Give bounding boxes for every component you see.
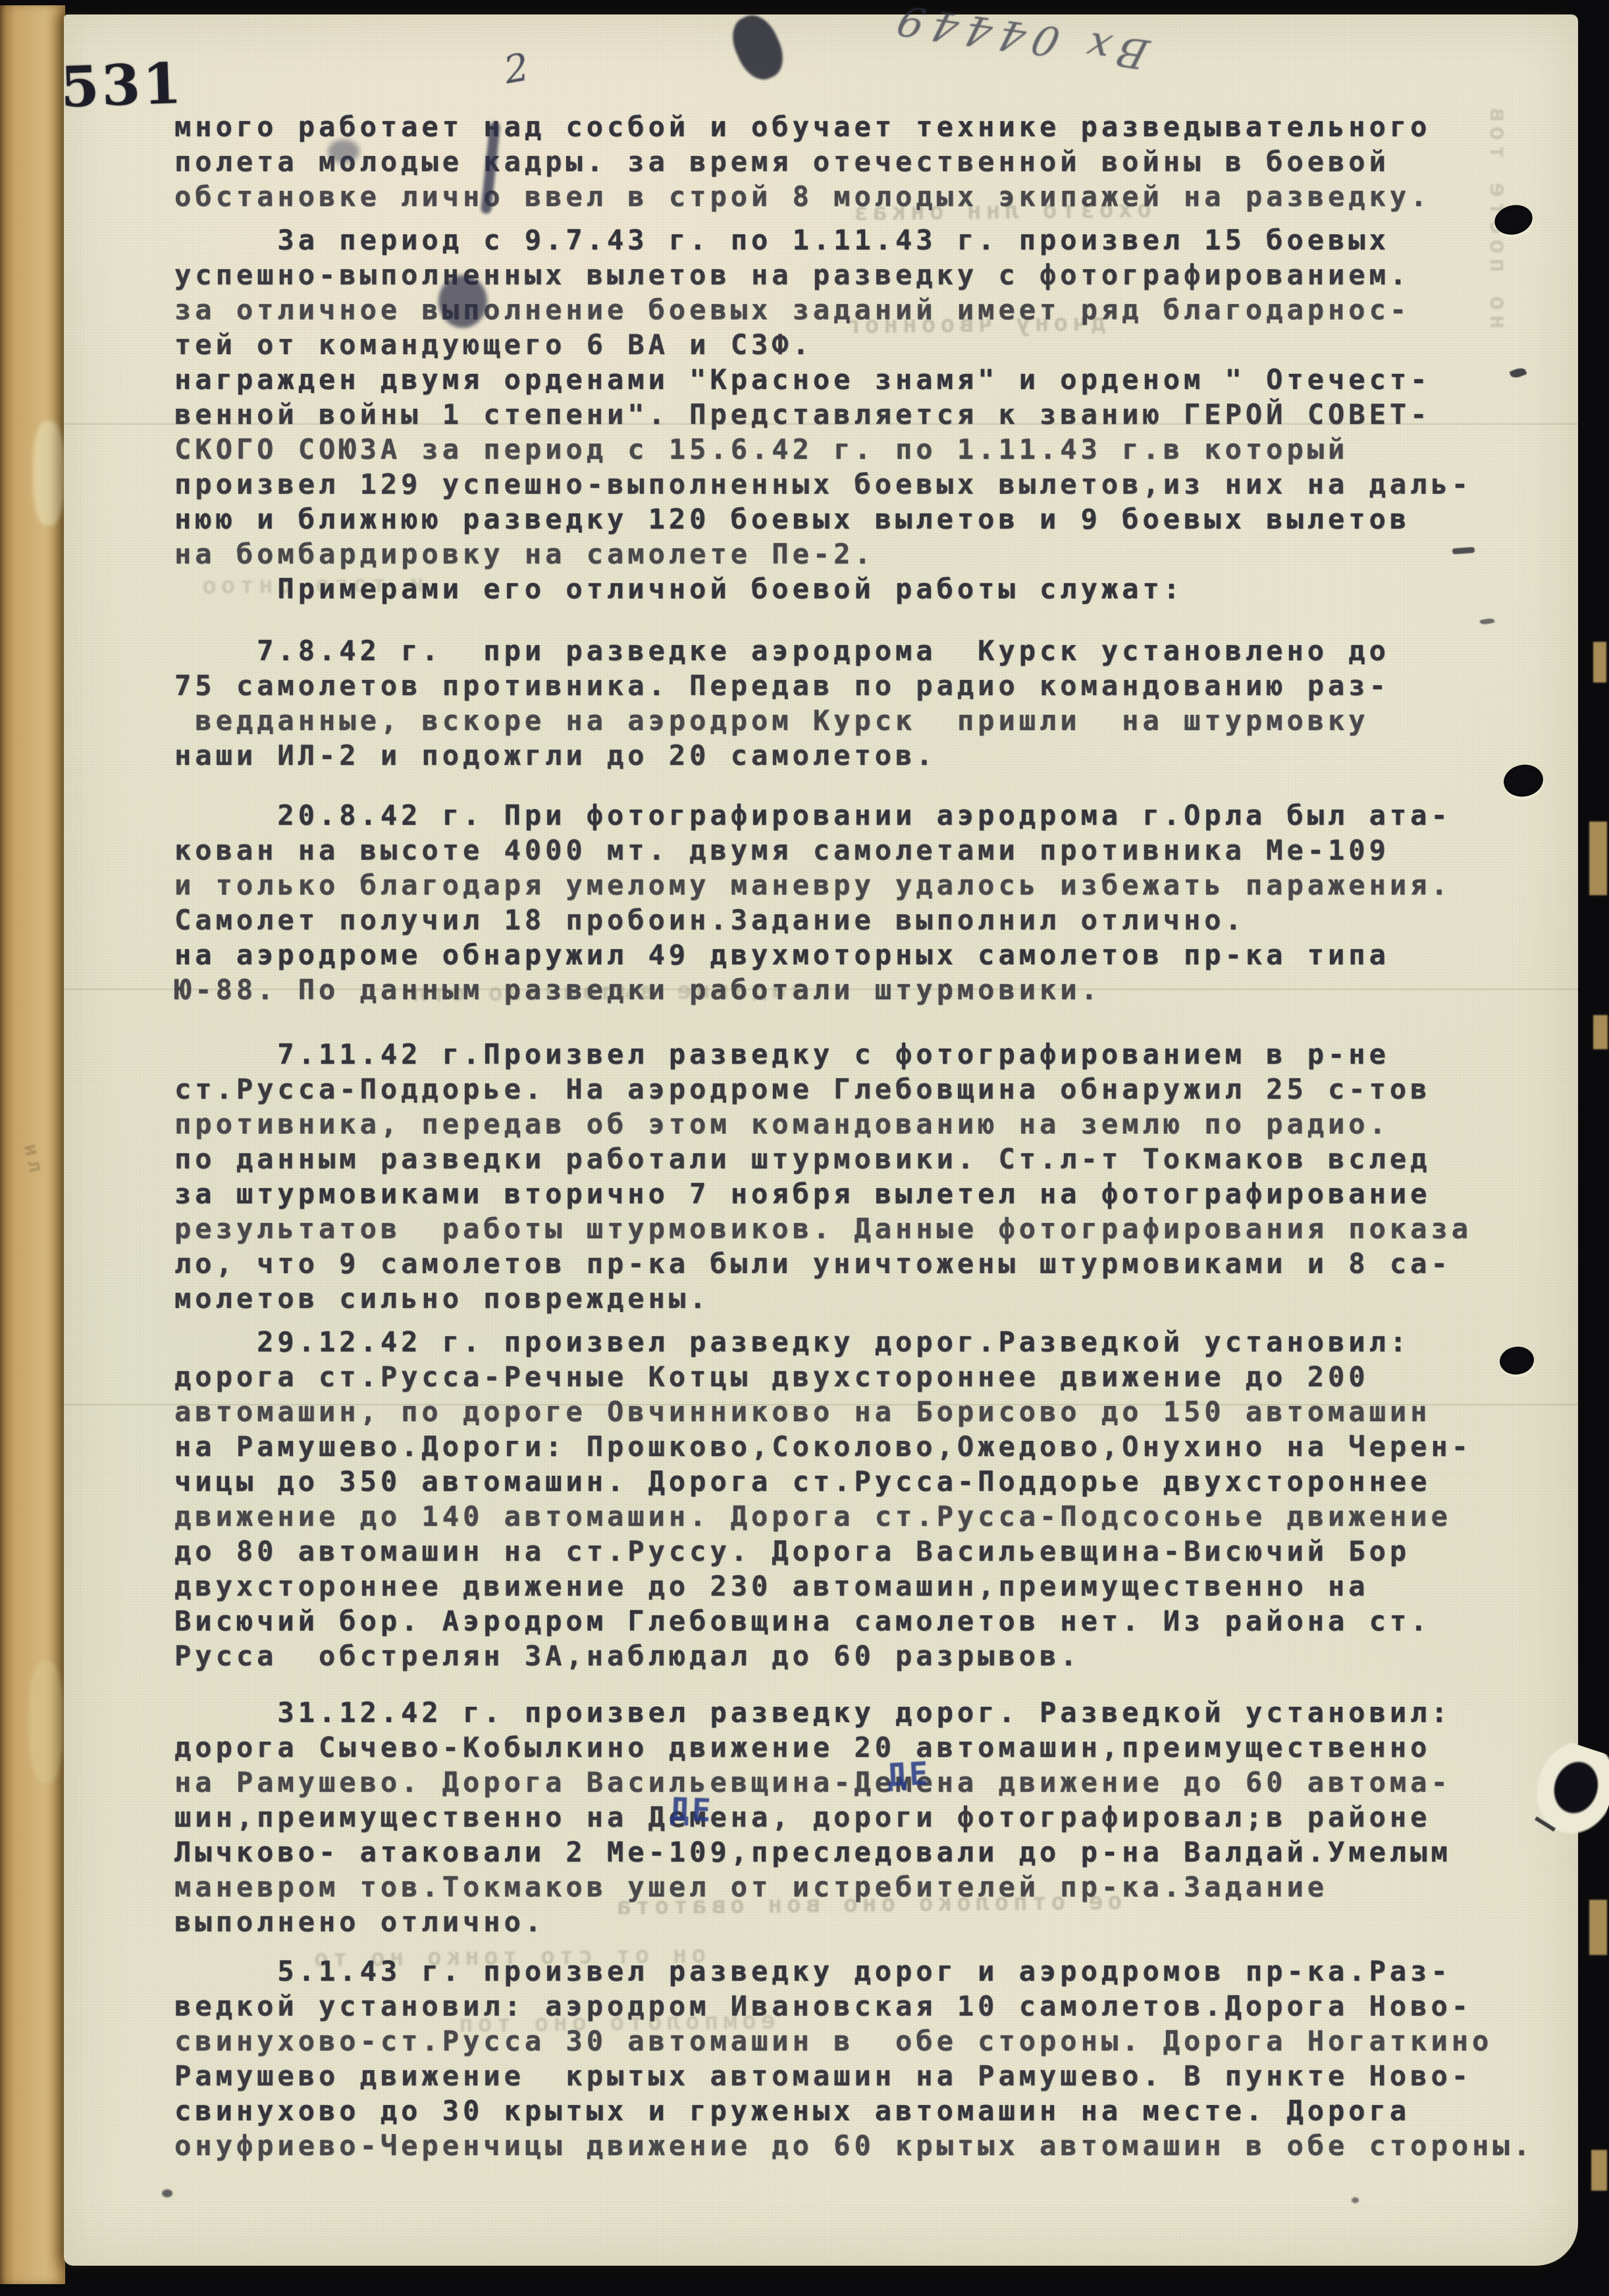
text-line: Рамушево движение крытых автомашин на Ра… [174,2058,1577,2093]
text-line: Примерами его отличной боевой работы слу… [174,571,1577,606]
text-line: много работает над сосбой и обучает техн… [174,109,1577,144]
text-line: маневром тов.Токмаков ушел от истребител… [174,1869,1577,1904]
text-line: свинухово-ст.Русса 30 автомашин в обе ст… [174,2023,1577,2058]
text-line: ло, что 9 самолетов пр-ка были уничтожен… [174,1246,1577,1281]
text-line: шин,преимущественно на Демена, дороги фо… [174,1800,1577,1835]
text-line: ст.Русса-Поддорье. На аэродроме Глебовщи… [174,1072,1577,1107]
paragraph: 31.12.42 г. произвел разведку дорог. Раз… [174,1695,1577,1939]
paragraph: 5.1.43 г. произвел разведку дорог и аэро… [174,1954,1577,2163]
text-line: успешно-выполненных вылетов на разведку … [174,257,1577,292]
text-line: венной войны 1 степени". Представляется … [174,397,1577,432]
text-line: и только благодаря умелому маневру удало… [174,868,1577,902]
text-line: на бомбардировку на самолете Пе-2. [174,536,1577,571]
scanned-document-page: охозто лнн онказ дчону чвоонног и того о… [0,0,1609,2296]
text-line: Ю-88. По данным разведки работали штурмо… [174,972,1577,1007]
text-line: на Рамушево.Дороги: Прошково,Соколово,Ож… [174,1429,1577,1464]
page-number-stamp: 531 [59,51,185,120]
paragraph: много работает над сосбой и обучает техн… [174,109,1577,214]
text-line: двухстороннее движение до 230 автомашин,… [174,1569,1577,1604]
text-line: произвел 129 успешно-выполненных боевых … [174,467,1577,502]
text-line: 7.11.42 г.Произвел разведку с фотографир… [174,1037,1577,1072]
text-line: за штурмовиками вторично 7 ноября вылете… [174,1176,1577,1211]
text-line: обстановке лично ввел в строй 8 молодых … [174,179,1577,214]
paragraph: 29.12.42 г. произвел разведку дорог.Разв… [174,1324,1577,1673]
text-line: онуфриево-Черенчицы движение до 60 крыты… [174,2128,1577,2163]
text-line: за отличное выполнение боевых заданий им… [174,292,1577,327]
tape-fragment [1593,1015,1608,1049]
text-line: наши ИЛ-2 и подожгли до 20 самолетов. [174,738,1577,773]
paragraph: За период с 9.7.43 г. по 1.11.43 г. прои… [174,222,1577,362]
text-line: Висючий бор. Аэродром Глебовщина самолет… [174,1604,1577,1638]
tape-fragment [1589,1900,1607,1955]
text-line: 5.1.43 г. произвел разведку дорог и аэро… [174,1954,1577,1989]
torn-paper-patch [33,421,65,525]
text-line: полета молодые кадры. за время отечестве… [174,144,1577,179]
text-line: на Рамушево. Дорога Васильевщина-Демена … [174,1765,1577,1800]
document-body: много работает над сосбой и обучает техн… [174,109,1577,2163]
paragraph: 20.8.42 г. При фотографировании аэродром… [174,798,1577,1007]
text-line: по данным разведки работали штурмовики. … [174,1141,1577,1176]
text-line: 20.8.42 г. При фотографировании аэродром… [174,798,1577,833]
text-line: 7.8.42 г. при разведке аэродрома Курск у… [174,633,1577,668]
text-line: на аэродроме обнаружил 49 двухмоторных с… [174,937,1577,972]
text-line: молетов сильно повреждены. [174,1281,1577,1316]
text-line: выполнено отлично. [174,1904,1577,1939]
text-line: движение до 140 автомашин. Дорога ст.Рус… [174,1499,1577,1534]
text-line: дорога ст.Русса-Речные Котцы двухсторонн… [174,1359,1577,1394]
text-line: награжден двумя орденами "Красное знамя"… [174,362,1577,397]
paragraph: Примерами его отличной боевой работы слу… [174,571,1577,606]
text-line: тей от командующего 6 ВА и СЗФ. [174,327,1577,362]
ink-correction: ДЕ [887,1755,932,1794]
tape-fragment [1589,822,1607,895]
text-line: дорога Сычево-Кобылкино движение 20 авто… [174,1730,1577,1765]
text-line: 31.12.42 г. произвел разведку дорог. Раз… [174,1695,1577,1730]
text-line: свинухово до 30 крытых и груженых автома… [174,2093,1577,2128]
tape-fragment [1591,2150,1607,2191]
text-line: кован на высоте 4000 мт. двумя самолетам… [174,833,1577,868]
paragraph: 7.8.42 г. при разведке аэродрома Курск у… [174,633,1577,773]
text-line: Самолет получил 18 пробоин.Задание выпол… [174,902,1577,937]
text-line: противника, передав об этом командованию… [174,1107,1577,1141]
text-line: ведданные, вскоре на аэродром Курск приш… [174,703,1577,738]
text-line: 75 самолетов противника. Передав по ради… [174,668,1577,703]
ink-correction: ДЕ [670,1791,714,1829]
text-line: автомашин, по дороге Овчинниково на Бори… [174,1394,1577,1429]
text-line: результатов работы штурмовиков. Данные ф… [174,1211,1577,1246]
paragraph: награжден двумя орденами "Красное знамя"… [174,362,1577,571]
text-line: ведкой установил: аэродром Ивановская 10… [174,1989,1577,2023]
text-line: СКОГО СОЮЗА за период с 15.6.42 г. по 1.… [174,432,1577,467]
tape-fragment [1593,642,1606,683]
text-line: За период с 9.7.43 г. по 1.11.43 г. прои… [174,222,1577,257]
text-line: до 80 автомашин на ст.Руссу. Дорога Васи… [174,1534,1577,1569]
text-line: Лычково- атаковали 2 Ме-109,преследовали… [174,1835,1577,1869]
torn-paper-patch [29,1661,63,1783]
text-line: Русса обстрелян ЗА,наблюдал до 60 разрыв… [174,1638,1577,1673]
text-line: нюю и ближнюю разведку 120 боевых вылето… [174,502,1577,536]
paragraph: 7.11.42 г.Произвел разведку с фотографир… [174,1037,1577,1316]
text-line: 29.12.42 г. произвел разведку дорог.Разв… [174,1324,1577,1359]
text-line: чицы до 350 автомашин. Дорога ст.Русса-П… [174,1464,1577,1499]
